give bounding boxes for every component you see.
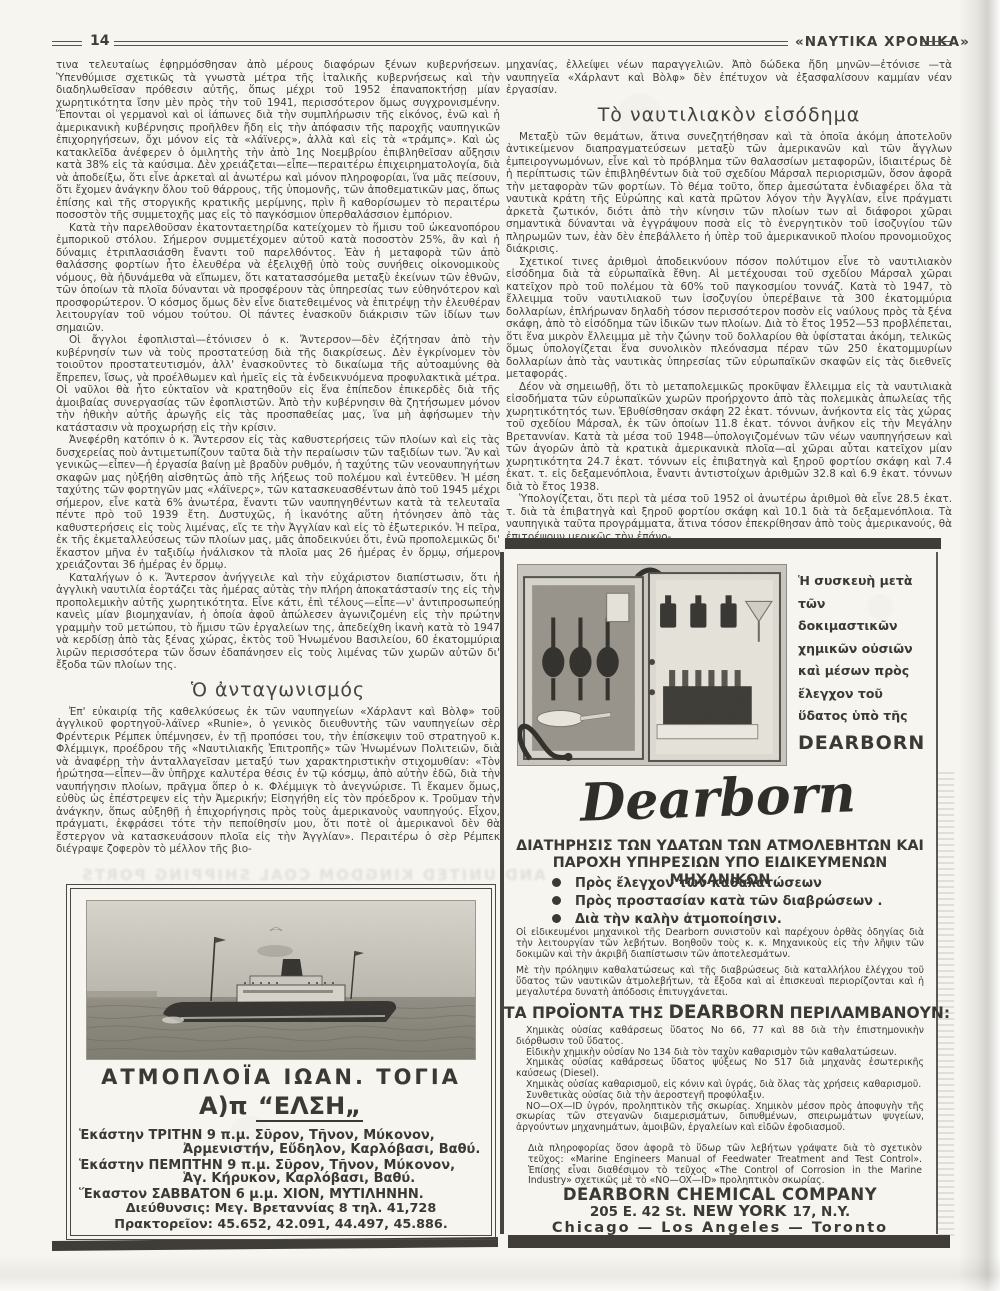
bullet-text: Πρὸς προστασίαν κατὰ τῶν διαβρώσεων . (575, 894, 882, 909)
dearborn-ad: Ἡ συσκευὴ μετὰ τῶν δοκιμαστικῶν χημικῶν … (500, 552, 938, 1234)
page-number: 14 (90, 33, 109, 49)
page-edge-shadow-bottom (0, 1256, 1000, 1291)
article-paragraph: Ὑπολογίζεται, ὅτι περὶ τὰ μέσα τοῦ 1952 … (506, 493, 952, 543)
page-edge-shadow-right (958, 0, 1000, 1291)
products-heading-brand: DEARBORN (664, 1002, 790, 1023)
products-list: Χημικὰς οὐσίας καθάρσεως ὕδατος Νο 66, 7… (516, 1026, 924, 1134)
ad-paragraph: Μὲ τὴν πρόληψιν καθαλατώσεως καὶ τῆς δια… (516, 966, 924, 998)
bullet-text: Διὰ τὴν καλὴν ἀτμοποίησιν. (575, 912, 782, 927)
ad-paragraph: Οἱ εἰδικευμένοι μηχανικοὶ τῆς Dearborn σ… (516, 928, 924, 960)
product-item: Χημικὰς οὐσίας καθάρσεως ὕδατος Νο 66, 7… (516, 1026, 924, 1048)
chemical-kit-photo (517, 564, 787, 766)
company-address: 205 E. 42 St.NEW YORK17, N.Y. (504, 1203, 936, 1220)
photo-caption: Ἡ συσκευὴ μετὰ τῶν δοκιμαστικῶν χημικῶν … (798, 570, 922, 728)
city-name: NEW YORK (687, 1202, 793, 1220)
article-paragraph: Κατὰ τὴν παρελθοῦσαν ἑκατονταετηρίδα κατ… (56, 222, 500, 335)
street-address: 205 E. 42 St. (590, 1204, 687, 1220)
article-paragraph: Ἐπ' εὐκαιρίᾳ τῆς καθελκύσεως ἐκ τῶν ναυπ… (56, 706, 500, 856)
ship-photo-illustration (87, 901, 475, 1059)
bullet-icon (552, 914, 561, 923)
togia-vessel-name: Α)π “ΕΛΣΗ„ (71, 1092, 491, 1120)
address-label: Διεύθυνσις: (126, 1201, 210, 1216)
article-paragraph: Καταλήγων ὁ κ. Ἄντερσον ἀνήγγειλε καὶ τὴ… (56, 572, 500, 672)
ad-bullet-list: Πρὸς ἔλεγχον τῶν καθαλατώσεων Πρὸς προστ… (552, 876, 926, 930)
newspaper-page: 14 «ΝΑΥΤΙΚΑ ΧΡΟΝΙΚΑ» τινα τελευταίως ἐφη… (0, 0, 1000, 1291)
product-item: Χημικὰς οὐσίας καθάρσεως ὕδατος ψύξεως Ν… (516, 1058, 924, 1080)
article-paragraph: Ἀνεφέρθη κατόπιν ὁ κ. Ἄντερσον εἰς τὰς κ… (56, 434, 500, 572)
article-paragraph: Σχετικοί τινες ἀριθμοὶ ἀποδεικνύουν πόσο… (506, 256, 952, 381)
bullet-item: Διὰ τὴν καλὴν ἀτμοποίησιν. (552, 912, 926, 927)
vessel-name: “ΕΛΣΗ„ (256, 1092, 363, 1122)
togia-address-line: Διεύθυνσις: Μεγ. Βρεταννίας 8 τηλ. 41,72… (71, 1201, 491, 1217)
headline-line: ΔΙΑΤΗΡΗΣΙΣ ΤΩΝ ΥΔΑΤΩΝ ΤΩΝ ΑΤΜΟΛΕΒΗΤΩΝ ΚΑ… (512, 838, 928, 855)
right-column: μηχανίας, ἐλλείψει νέων παραγγελιῶν. Ἀπὸ… (506, 59, 952, 543)
products-heading-post: ΠΕΡΙΛΑΜΒΑΝΟΥΝ: (790, 1004, 950, 1022)
togia-steamship-ad: ΑΤΜΟΠΛΟΪΑ ΙΩΑΝ. ΤΟΓΙΑ Α)π “ΕΛΣΗ„ Ἑκάστην… (70, 888, 492, 1236)
left-column: τινα τελευταίως ἐφηρμόσθησαν ἀπὸ μέρους … (56, 59, 500, 856)
togia-contact: Διεύθυνσις: Μεγ. Βρεταννίας 8 τηλ. 41,72… (71, 1201, 491, 1232)
brand-name: DEARBORN (798, 732, 925, 754)
company-name: DEARBORN CHEMICAL COMPANY (504, 1186, 936, 1203)
header-rule-left (52, 41, 82, 46)
bullet-item: Πρὸς ἔλεγχον τῶν καθαλατώσεων (552, 876, 926, 891)
ship-photo (86, 900, 476, 1060)
article-paragraph: Δέον νὰ σημειωθῇ, ὅτι τὸ μεταπολεμικῶς π… (506, 381, 952, 494)
sailing-line: Ἑκάστην ΤΡΙΤΗΝ 9 π.μ. Σῦρον, Τῆνον, Μύκο… (79, 1129, 483, 1157)
section-heading-competition: Ὁ ἀνταγωνισμός (56, 679, 500, 701)
bullet-icon (552, 878, 561, 887)
info-paragraph: Διὰ πληροφορίας ὅσον ἀφορᾶ τὸ ὕδωρ τῶν λ… (528, 1144, 922, 1187)
dearborn-script-logo: Dearborn (562, 770, 874, 832)
product-item: ΝΟ—ΟΧ—ΙD ὑγρόν, προληπτικὸν τῆς σκωρίας.… (516, 1102, 924, 1134)
bullet-text: Πρὸς ἔλεγχον τῶν καθαλατώσεων (575, 876, 822, 891)
bullet-item: Πρὸς προστασίαν κατὰ τῶν διαβρώσεων . (552, 894, 926, 909)
header-rule-middle (114, 41, 788, 46)
logo-text: Dearborn (577, 770, 856, 832)
company-block: DEARBORN CHEMICAL COMPANY 205 E. 42 St.N… (504, 1186, 936, 1237)
article-paragraph: τινα τελευταίως ἐφηρμόσθησαν ἀπὸ μέρους … (56, 59, 500, 222)
section-heading-income: Τὸ ναυτιλιακὸν εἰσόδημα (506, 104, 952, 126)
sailing-line: Ἑκάστην ΠΕΜΠΤΗΝ 9 π.μ. Σῦρον, Τῆνον, Μύκ… (79, 1159, 483, 1187)
bleed-through-text: AND UNITED KINGDOM COAL SHIPPING PORTS (80, 866, 546, 884)
products-heading: ΤΑ ΠΡΟΪΟΝΤΑ ΤΗΣDEARBORNΠΕΡΙΛΑΜΒΑΝΟΥΝ: (504, 1002, 936, 1023)
vessel-prefix: Α)π (199, 1092, 248, 1120)
products-heading-pre: ΤΑ ΠΡΟΪΟΝΤΑ ΤΗΣ (504, 1004, 664, 1022)
article-paragraph: μηχανίας, ἐλλείψει νέων παραγγελιῶν. Ἀπὸ… (506, 59, 952, 97)
divider-bar-bottom-left (52, 1237, 498, 1251)
bullet-icon (552, 896, 561, 905)
agency-label: Πρακτορεῖον: (114, 1217, 213, 1232)
togia-agency-line: Πρακτορεῖον: 45.652, 42.091, 44.497, 45.… (71, 1217, 491, 1233)
address-value: Μεγ. Βρεταννίας 8 τηλ. 41,728 (215, 1201, 437, 1216)
agency-phones: 45.652, 42.091, 44.497, 45.886. (217, 1217, 447, 1232)
product-item: Συνθετικὰς οὐσίας διὰ τὴν ἀεροστεγῆ προφ… (516, 1091, 924, 1102)
header-rule-right (920, 41, 952, 46)
togia-schedule: Ἑκάστην ΤΡΙΤΗΝ 9 π.μ. Σῦρον, Τῆνον, Μύκο… (79, 1129, 483, 1204)
togia-company-name: ΑΤΜΟΠΛΟΪΑ ΙΩΑΝ. ΤΟΓΙΑ (71, 1065, 491, 1089)
chemical-kit-illustration (518, 565, 786, 765)
article-paragraph: Μεταξὺ τῶν θεμάτων, ἅτινα συνεζητήθησαν … (506, 131, 952, 256)
zip-code: 17, N.Y. (792, 1204, 850, 1220)
divider-bar-top-right (505, 538, 941, 549)
sailing-line: Ἕκαστον ΣΑΒΒΑΤΟΝ 6 μ.μ. ΧΙΟΝ, ΜΥΤΙΛΗΝΗΝ. (79, 1188, 483, 1202)
company-cities: Chicago — Los Angeles — Toronto (504, 1220, 936, 1237)
article-paragraph: Οἱ ἄγγλοι ἐφοπλισταὶ—ἐτόνισεν ὁ κ. Ἄντερ… (56, 334, 500, 434)
